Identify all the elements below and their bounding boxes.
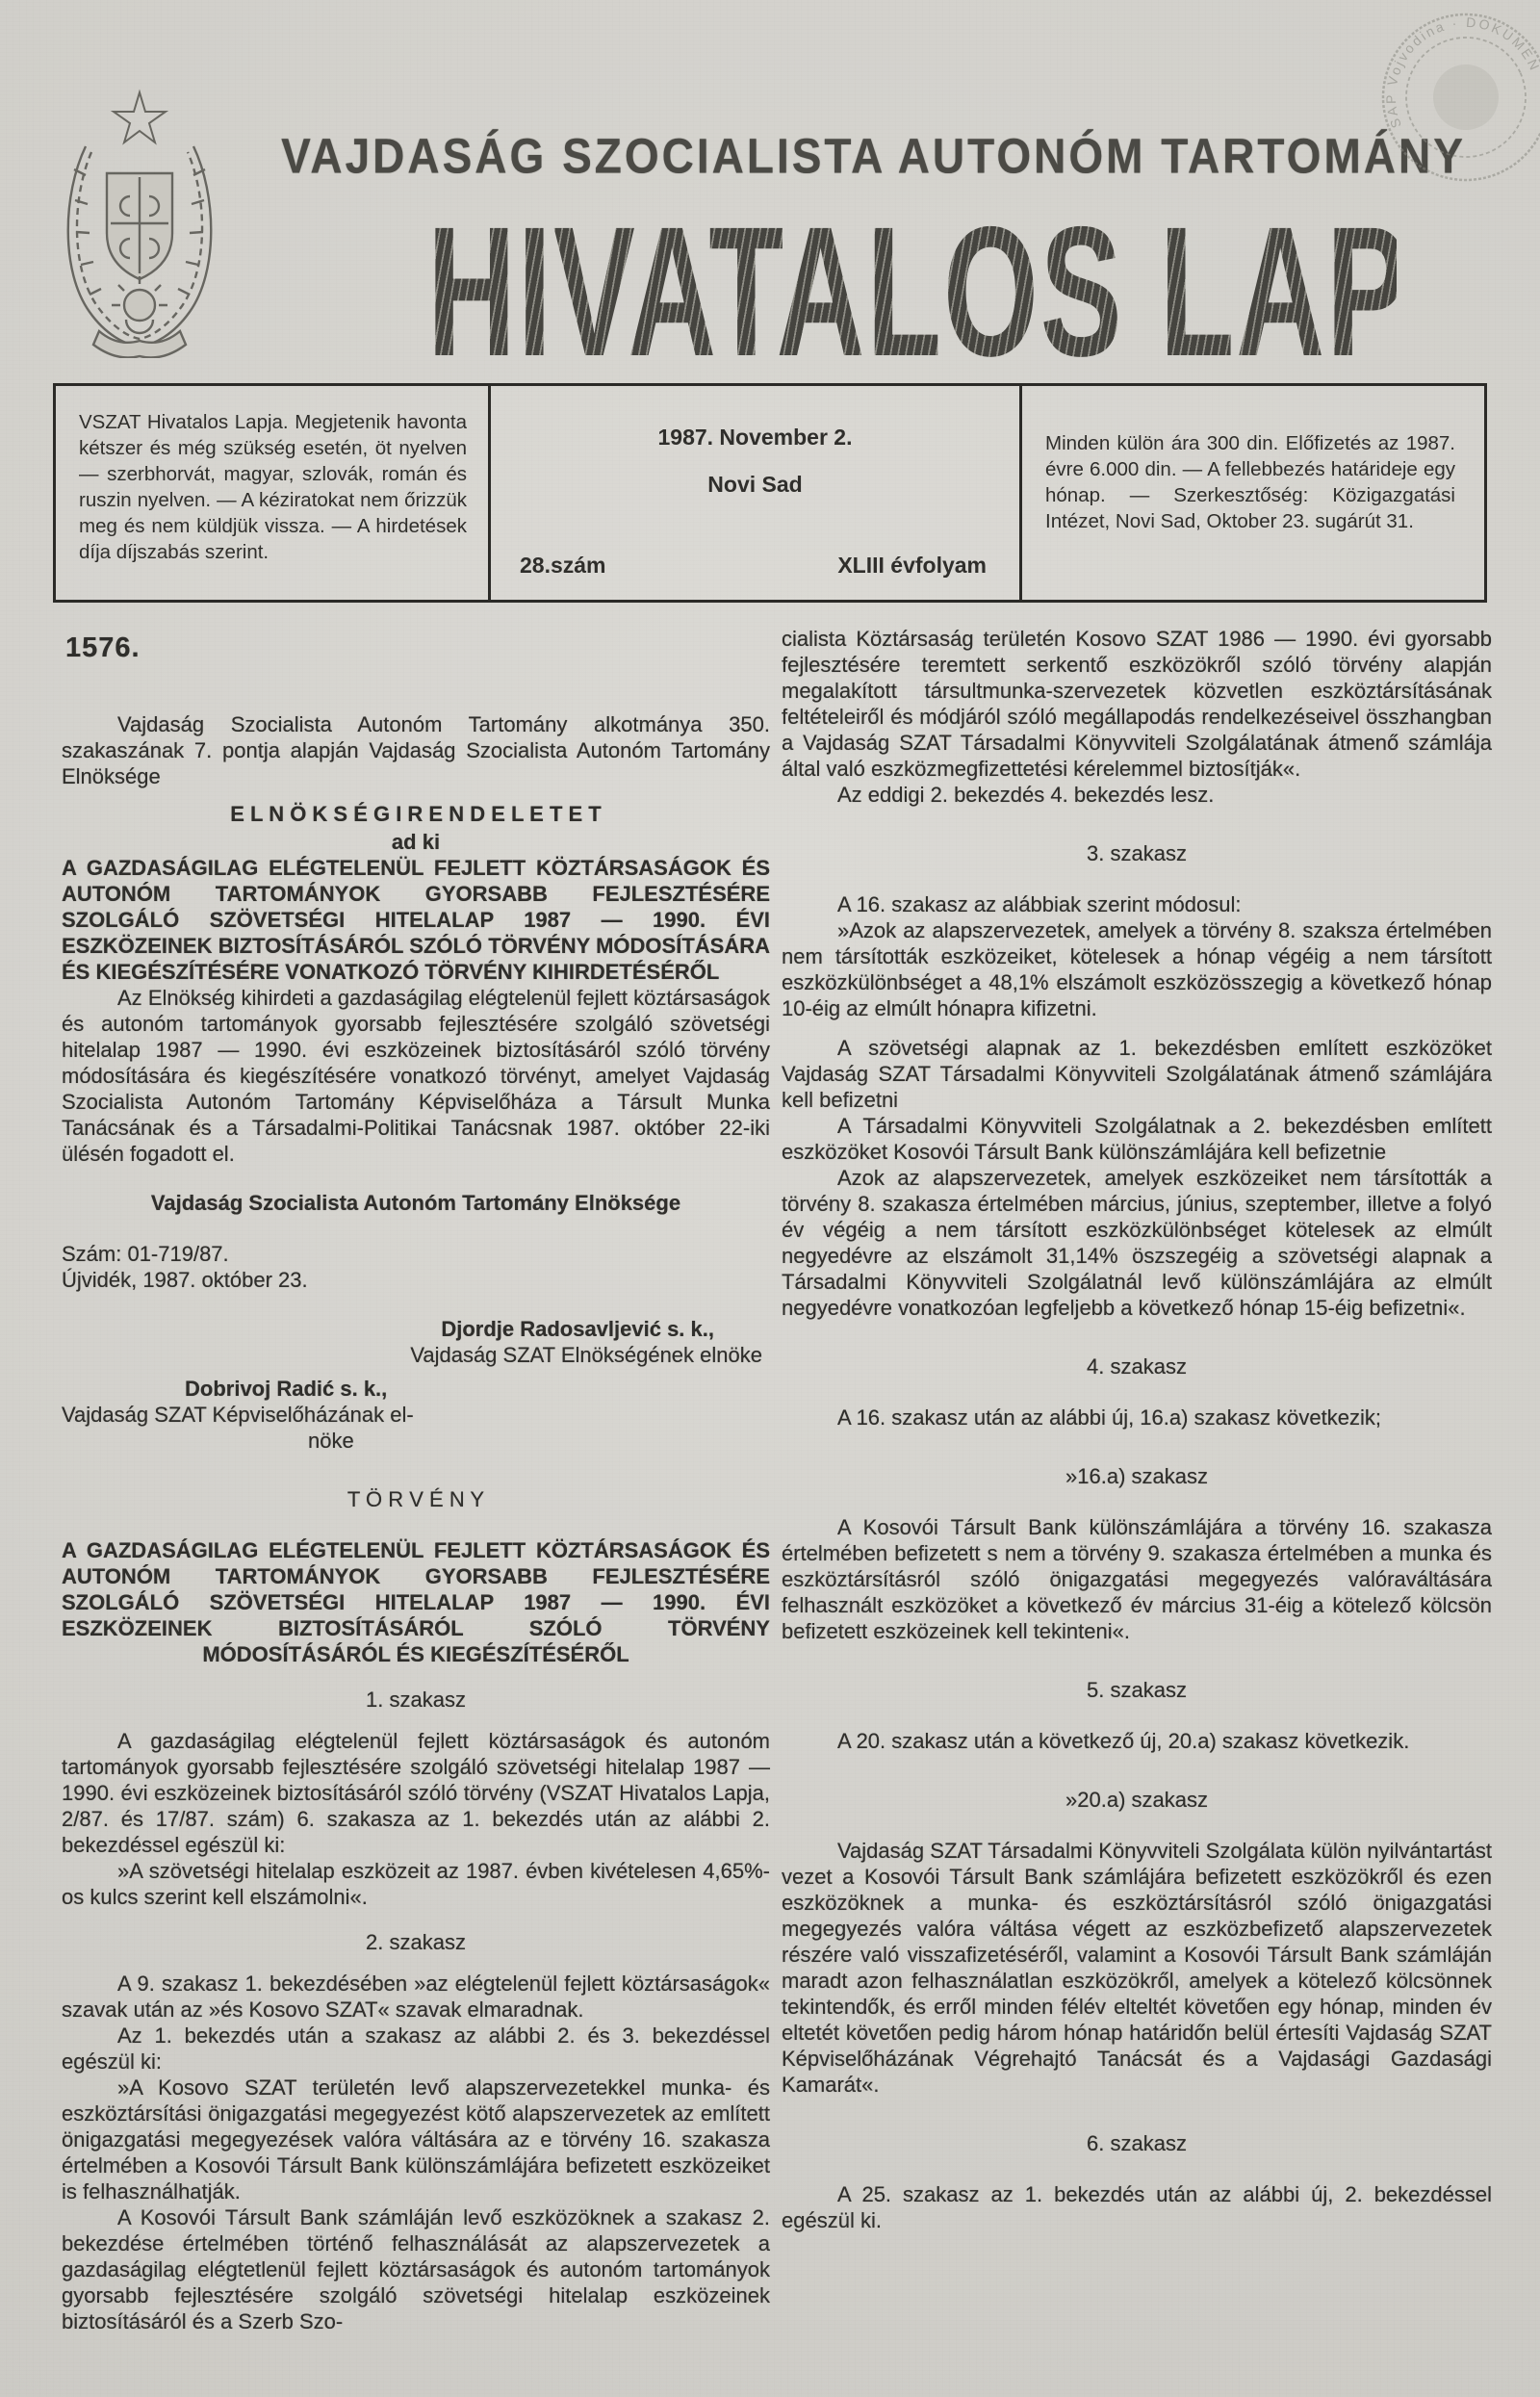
section-heading: 5. szakasz (782, 1677, 1492, 1703)
paragraph: »A Kosovo SZAT területén levő alapszerve… (62, 2075, 770, 2204)
issue-date: 1987. November 2. (491, 425, 1019, 451)
section-heading: »20.a) szakasz (782, 1787, 1492, 1813)
paragraph: »A szövetségi hitelalap eszközeit az 198… (62, 1858, 770, 1910)
issue-center-cell: 1987. November 2. Novi Sad 28.szám XLIII… (491, 386, 1022, 600)
paragraph: A Kosovói Társult Bank különszámlájára a… (782, 1514, 1492, 1644)
paragraph: A 25. szakasz az 1. bekezdés után az alá… (782, 2181, 1492, 2233)
coat-of-arms-icon (53, 89, 226, 358)
paragraph: A 20. szakasz után a következő új, 20.a)… (782, 1728, 1492, 1754)
paragraph: Dobrivoj Radić s. k., (62, 1376, 770, 1402)
paragraph: A Társadalmi Könyvviteli Szolgálatnak a … (782, 1113, 1492, 1165)
section-heading: 1. szakasz (62, 1687, 770, 1713)
paragraph: Az 1. bekezdés után a szakasz az alábbi … (62, 2023, 770, 2075)
section-heading: E L N Ö K S É G I R E N D E L E T E T (62, 801, 770, 827)
paragraph: nöke (62, 1428, 770, 1454)
paragraph: Djordje Radosavljević s. k., (62, 1316, 770, 1342)
postmark-stamp-icon: SAP Vojvodina · DOKUMENTACIONA SLUŽBA · … (1374, 6, 1540, 189)
section-heading: 3. szakasz (782, 840, 1492, 866)
section-heading: Vajdaság Szocialista Autonóm Tartomány E… (62, 1190, 770, 1216)
paragraph: A gazdaságilag elégtelenül fejlett köztá… (62, 1728, 770, 1858)
paragraph: Vajdaság SZAT Képviselőházának el- (62, 1402, 770, 1428)
issue-number: 28.szám (520, 553, 606, 579)
section-heading: »16.a) szakasz (782, 1463, 1492, 1489)
section-heading: T Ö R V É N Y (62, 1486, 770, 1512)
section-heading: A GAZDASÁGILAG ELÉGTELENÜL FEJLETT KÖZTÁ… (62, 855, 770, 985)
section-heading: 6. szakasz (782, 2130, 1492, 2156)
paragraph: Az eddigi 2. bekezdés 4. bekezdés lesz. (782, 782, 1492, 808)
left-column: 1576.Vajdaság Szocialista Autonóm Tartom… (62, 635, 770, 2334)
paragraph: A 16. szakasz után az alábbi új, 16.a) s… (782, 1405, 1492, 1430)
gazette-page: VAJDASÁG SZOCIALISTA AUTONÓM TARTOMÁNY H… (0, 0, 1540, 2397)
paragraph: Azok az alapszervezetek, amelyek eszköze… (782, 1165, 1492, 1321)
paragraph: »Azok az alapszervezetek, amelyek a törv… (782, 917, 1492, 1021)
province-title: VAJDASÁG SZOCIALISTA AUTONÓM TARTOMÁNY (260, 127, 1487, 184)
right-column: cialista Köztársaság területén Kosovo SZ… (782, 626, 1492, 2233)
paragraph: A 9. szakasz 1. bekezdésében »az elégtel… (62, 1971, 770, 2023)
price-editorial-note: Minden külön ára 300 din. Előfizetés az … (1022, 386, 1484, 600)
gazette-title: HIVATALOS LAPJA (427, 193, 1397, 414)
section-heading: 4. szakasz (782, 1353, 1492, 1379)
issue-city: Novi Sad (491, 472, 1019, 498)
volume-label: XLIII évfolyam (837, 553, 987, 579)
section-heading: 2. szakasz (62, 1929, 770, 1955)
paragraph: Újvidék, 1987. október 23. (62, 1267, 770, 1293)
publication-note: VSZAT Hivatalos Lapja. Megjetenik havont… (56, 386, 491, 600)
paragraph: Vajdaság Szocialista Autonóm Tartomány a… (62, 711, 770, 789)
paragraph: Szám: 01-719/87. (62, 1241, 770, 1267)
section-heading: ad ki (62, 829, 770, 855)
issue-info-box: VSZAT Hivatalos Lapja. Megjetenik havont… (53, 383, 1487, 603)
paragraph: Vajdaság SZAT Elnökségének elnöke (62, 1342, 770, 1368)
paragraph: A Kosovói Társult Bank számláján levő es… (62, 2204, 770, 2334)
paragraph: cialista Köztársaság területén Kosovo SZ… (782, 626, 1492, 782)
section-heading: A GAZDASÁGILAG ELÉGTELENÜL FEJLETT KÖZTÁ… (62, 1537, 770, 1667)
paragraph: A 16. szakasz az alábbiak szerint módosu… (782, 891, 1492, 917)
section-heading: 1576. (65, 635, 770, 661)
paragraph: Az Elnökség kihirdeti a gazdaságilag elé… (62, 985, 770, 1167)
paragraph: Vajdaság SZAT Társadalmi Könyvviteli Szo… (782, 1838, 1492, 2098)
paragraph: A szövetségi alapnak az 1. bekezdésben e… (782, 1035, 1492, 1113)
